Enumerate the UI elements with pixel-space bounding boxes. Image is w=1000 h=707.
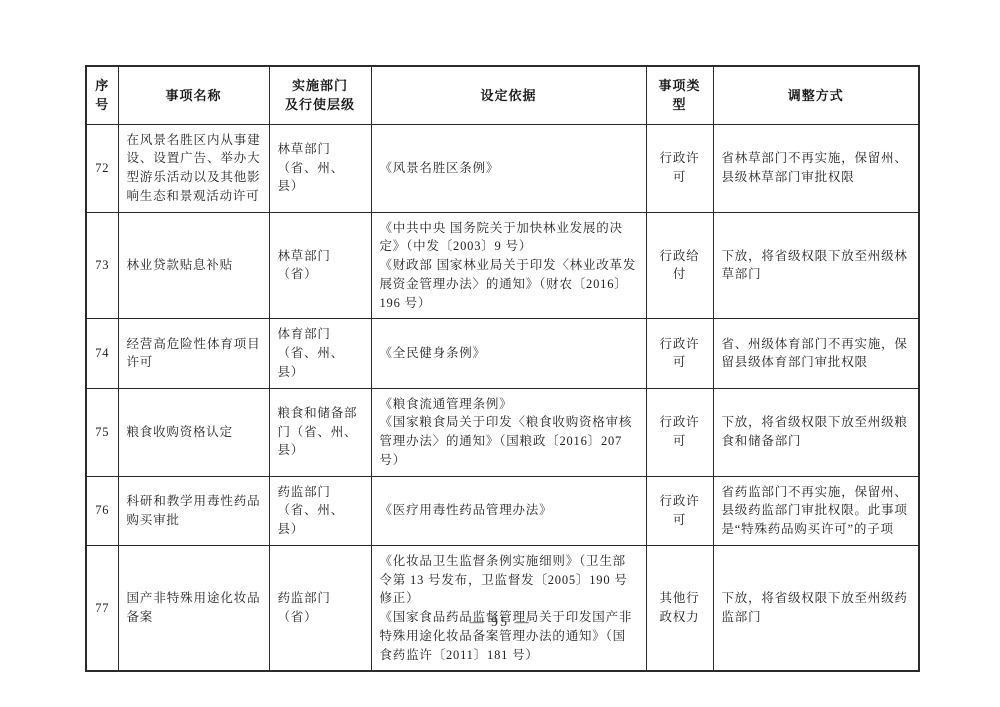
cell-item-type: 行政给付	[646, 212, 713, 319]
cell-adjustment-method: 下放，将省级权限下放至州级粮食和储备部门	[713, 388, 919, 476]
cell-adjustment-method: 下放，将省级权限下放至州级药监部门	[713, 545, 919, 671]
cell-item-type: 其他行政权力	[646, 545, 713, 671]
table-row-72: 72 在风景名胜区内从事建设、设置广告、举办大型游乐活动以及其他影响生态和景观活…	[86, 124, 919, 212]
cell-setting-basis: 《化妆品卫生监督条例实施细则》（卫生部令第 13 号发布，卫监督发〔2005〕1…	[371, 545, 646, 671]
header-setting-basis: 设定依据	[371, 66, 646, 124]
cell-item-type: 行政许可	[646, 124, 713, 212]
cell-serial-number: 74	[86, 319, 118, 388]
cell-adjustment-method: 省药监部门不再实施，保留州、县级药监部门审批权限。此事项是“特殊药品购买许可”的…	[713, 476, 919, 545]
cell-setting-basis: 《全民健身条例》	[371, 319, 646, 388]
cell-serial-number: 77	[86, 545, 118, 671]
cell-item-name: 科研和教学用毒性药品购买审批	[118, 476, 269, 545]
header-serial-number: 序 号	[86, 66, 118, 124]
table-row-76: 76 科研和教学用毒性药品购买审批 药监部门（省、州、县） 《医疗用毒性药品管理…	[86, 476, 919, 545]
cell-implementing-department: 药监部门（省）	[269, 545, 371, 671]
cell-adjustment-method: 下放，将省级权限下放至州级林草部门	[713, 212, 919, 319]
cell-item-name: 在风景名胜区内从事建设、设置广告、举办大型游乐活动以及其他影响生态和景观活动许可	[118, 124, 269, 212]
table-row-73: 73 林业贷款贴息补贴 林草部门（省） 《中共中央 国务院关于加快林业发展的决定…	[86, 212, 919, 319]
administrative-items-table: 序 号 事项名称 实施部门 及行使层级 设定依据 事项类型 调整方式 72 在风…	[85, 65, 920, 672]
cell-serial-number: 75	[86, 388, 118, 476]
cell-item-name: 国产非特殊用途化妆品备案	[118, 545, 269, 671]
cell-adjustment-method: 省、州级体育部门不再实施，保留县级体育部门审批权限	[713, 319, 919, 388]
cell-item-name: 林业贷款贴息补贴	[118, 212, 269, 319]
cell-serial-number: 76	[86, 476, 118, 545]
cell-setting-basis: 《风景名胜区条例》	[371, 124, 646, 212]
cell-setting-basis: 《医疗用毒性药品管理办法》	[371, 476, 646, 545]
table-row-77: 77 国产非特殊用途化妆品备案 药监部门（省） 《化妆品卫生监督条例实施细则》（…	[86, 545, 919, 671]
cell-setting-basis: 《中共中央 国务院关于加快林业发展的决定》（中发〔2003〕9 号） 《财政部 …	[371, 212, 646, 319]
cell-item-type: 行政许可	[646, 476, 713, 545]
page-number: — 95 —	[0, 615, 1000, 631]
cell-implementing-department: 林草部门（省）	[269, 212, 371, 319]
cell-implementing-department: 粮食和储备部门（省、州、县）	[269, 388, 371, 476]
cell-serial-number: 72	[86, 124, 118, 212]
table-row-75: 75 粮食收购资格认定 粮食和储备部门（省、州、县） 《粮食流通管理条例》 《国…	[86, 388, 919, 476]
table-header-row: 序 号 事项名称 实施部门 及行使层级 设定依据 事项类型 调整方式	[86, 66, 919, 124]
cell-implementing-department: 体育部门（省、州、县）	[269, 319, 371, 388]
document-page: 序 号 事项名称 实施部门 及行使层级 设定依据 事项类型 调整方式 72 在风…	[0, 0, 1000, 707]
cell-item-type: 行政许可	[646, 319, 713, 388]
header-implementing-department: 实施部门 及行使层级	[269, 66, 371, 124]
cell-adjustment-method: 省林草部门不再实施，保留州、县级林草部门审批权限	[713, 124, 919, 212]
cell-item-name: 粮食收购资格认定	[118, 388, 269, 476]
cell-serial-number: 73	[86, 212, 118, 319]
header-item-type: 事项类型	[646, 66, 713, 124]
cell-item-type: 行政许可	[646, 388, 713, 476]
table-row-74: 74 经营高危险性体育项目许可 体育部门（省、州、县） 《全民健身条例》 行政许…	[86, 319, 919, 388]
cell-setting-basis: 《粮食流通管理条例》 《国家粮食局关于印发〈粮食收购资格审核管理办法〉的通知》（…	[371, 388, 646, 476]
header-item-name: 事项名称	[118, 66, 269, 124]
cell-implementing-department: 药监部门（省、州、县）	[269, 476, 371, 545]
header-adjustment-method: 调整方式	[713, 66, 919, 124]
cell-item-name: 经营高危险性体育项目许可	[118, 319, 269, 388]
cell-implementing-department: 林草部门（省、州、县）	[269, 124, 371, 212]
